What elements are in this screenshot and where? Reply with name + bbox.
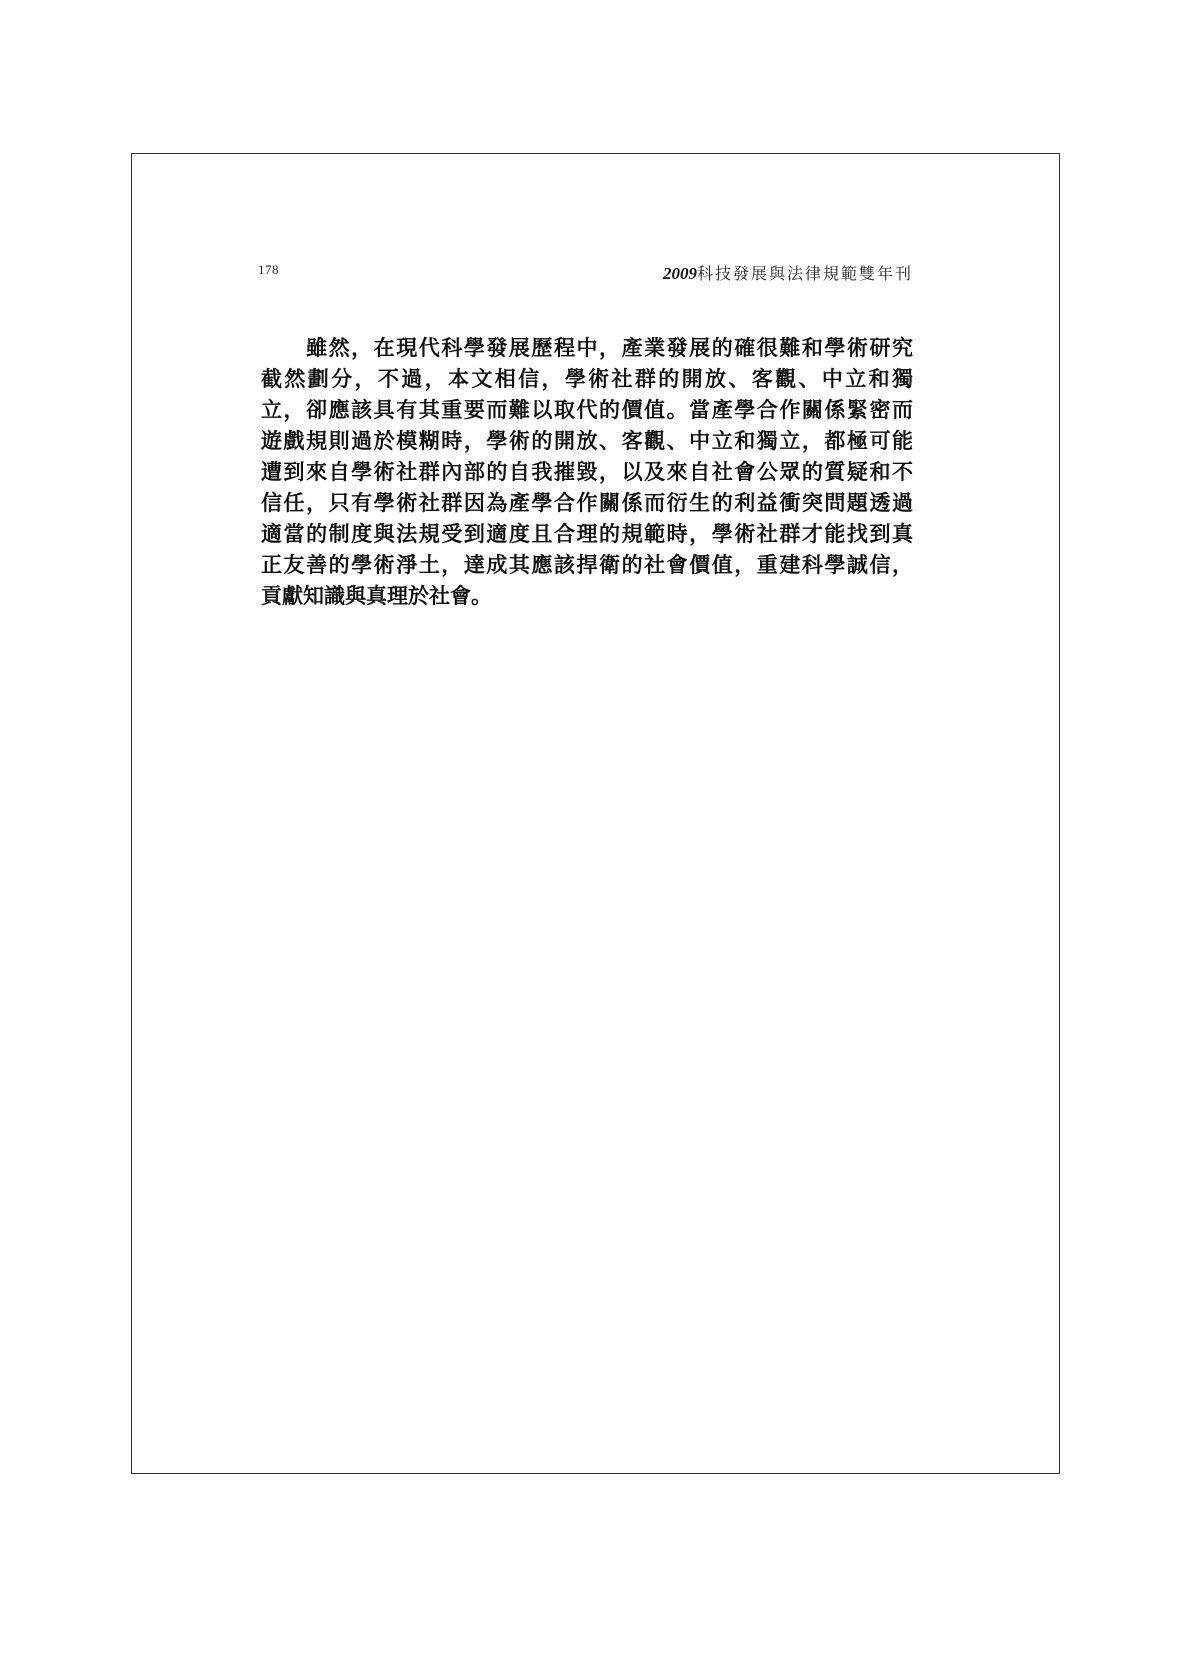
body-line-1: 雖然，在現代科學發展歷程中，產業發展的確很難和學術研究 <box>261 333 913 364</box>
running-header: 2009科技發展與法律規範雙年刊 <box>663 261 913 284</box>
body-line-4: 遊戲規則過於模糊時，學術的開放、客觀、中立和獨立，都極可能 <box>261 426 913 457</box>
body-line-6: 信任，只有學術社群因為產學合作關係而衍生的利益衝突問題透過 <box>261 488 913 519</box>
body-line-5: 遭到來自學術社群內部的自我摧毀，以及來自社會公眾的質疑和不 <box>261 457 913 488</box>
header-journal-title: 科技發展與法律規範雙年刊 <box>697 264 913 283</box>
body-line-8: 正友善的學術淨土，達成其應該捍衛的社會價值，重建科學誠信， <box>261 550 913 581</box>
body-line-2: 截然劃分，不過，本文相信，學術社群的開放、客觀、中立和獨 <box>261 364 913 395</box>
body-paragraph: 雖然，在現代科學發展歷程中，產業發展的確很難和學術研究 截然劃分，不過，本文相信… <box>261 333 913 612</box>
body-line-7: 適當的制度與法規受到適度且合理的規範時，學術社群才能找到真 <box>261 519 913 550</box>
header-year: 2009 <box>663 264 697 283</box>
body-line-9: 貢獻知識與真理於社會。 <box>261 581 913 612</box>
page-number: 178 <box>258 262 279 278</box>
body-line-3: 立，卻應該具有其重要而難以取代的價值。當產學合作關係緊密而 <box>261 395 913 426</box>
